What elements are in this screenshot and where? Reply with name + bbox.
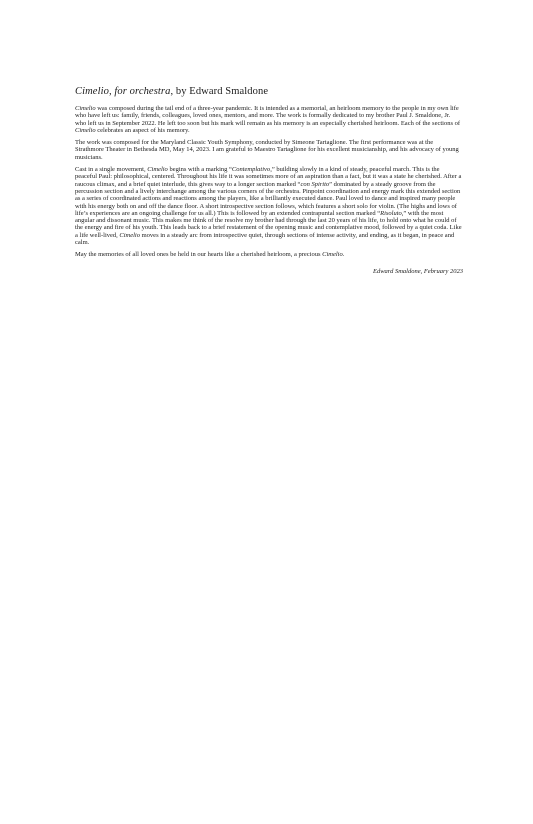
author-signature: Edward Smaldone, February 2023 bbox=[75, 268, 463, 275]
text-segment: was composed during the tail end of a th… bbox=[75, 105, 460, 127]
text-segment: The work was composed for the Maryland C… bbox=[75, 139, 459, 161]
text-segment: Cast in a single movement, bbox=[75, 166, 147, 173]
text-segment: celebrates an aspect of his memory. bbox=[96, 127, 190, 134]
title-work-name: Cimelio, for orchestra bbox=[75, 86, 170, 97]
work-name-italic: Cimelio bbox=[322, 251, 343, 258]
tempo-marking-italic: Risoluto bbox=[380, 210, 402, 217]
work-name-italic: Cimelio bbox=[147, 166, 168, 173]
program-notes: Cimelio, for orchestra, by Edward Smaldo… bbox=[75, 86, 463, 275]
work-name-italic: Cimelio bbox=[75, 105, 96, 112]
text-segment: begins with a marking “ bbox=[168, 166, 232, 173]
tempo-marking-italic: con Spirito bbox=[300, 181, 329, 188]
paragraph-description: Cast in a single movement, Cimelio begin… bbox=[75, 166, 463, 246]
page-title: Cimelio, for orchestra, by Edward Smaldo… bbox=[75, 86, 463, 98]
paragraph-premiere: The work was composed for the Maryland C… bbox=[75, 139, 463, 161]
paragraph-dedication: Cimelio was composed during the tail end… bbox=[75, 105, 463, 134]
document-page: Cimelio, for orchestra, by Edward Smaldo… bbox=[0, 0, 533, 824]
title-byline: , by Edward Smaldone bbox=[170, 86, 268, 97]
text-segment: May the memories of all loved ones be he… bbox=[75, 251, 322, 258]
paragraph-closing: May the memories of all loved ones be he… bbox=[75, 251, 463, 258]
work-name-italic: Cimelio bbox=[75, 127, 96, 134]
text-segment: . bbox=[343, 251, 345, 258]
tempo-marking-italic: Contemplativo bbox=[232, 166, 270, 173]
work-name-italic: Cimelio bbox=[119, 232, 140, 239]
